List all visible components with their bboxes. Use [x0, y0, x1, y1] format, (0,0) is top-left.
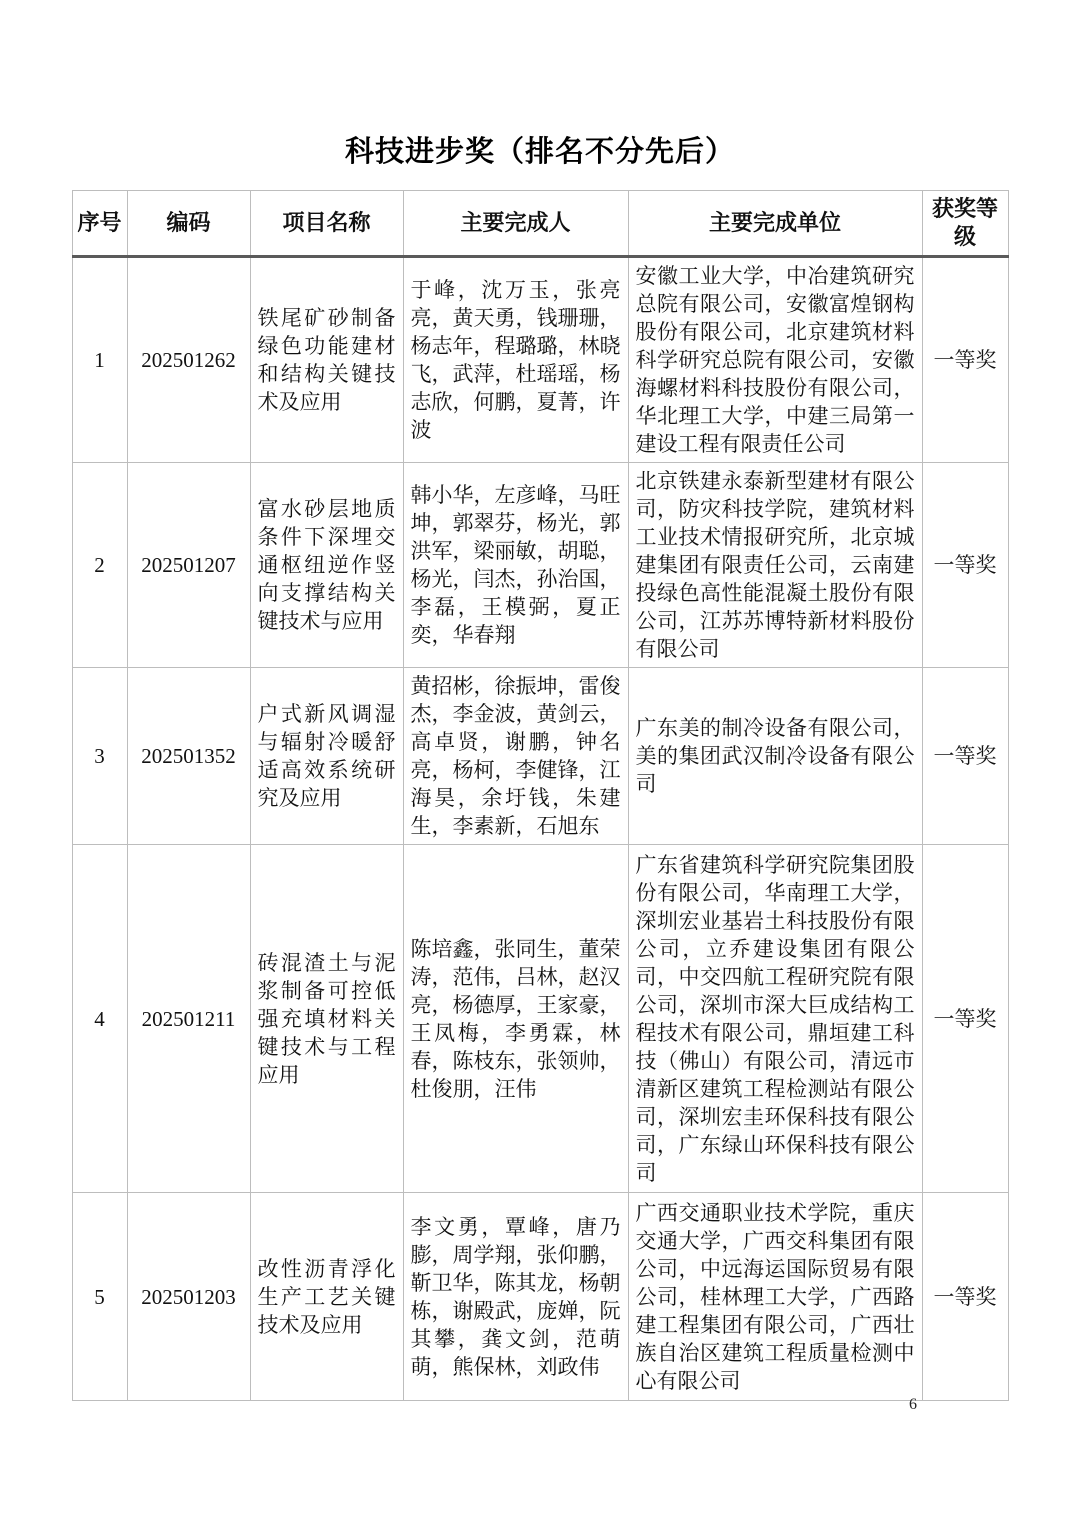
cell-code: 202501211 — [127, 845, 250, 1193]
cell-units: 广西交通职业技术学院，重庆交通大学，广西交科集团有限公司，中远海运国际贸易有限公… — [628, 1193, 922, 1401]
cell-code: 202501352 — [127, 668, 250, 845]
page-title: 科技进步奖（排名不分先后） — [0, 132, 1080, 172]
cell-units: 广东美的制冷设备有限公司，美的集团武汉制冷设备有限公司 — [628, 668, 922, 845]
table-row: 3 202501352 户式新风调湿与辐射冷暖舒适高效系统研究及应用 黄招彬，徐… — [72, 668, 1008, 845]
cell-project-name: 富水砂层地质条件下深埋交通枢纽逆作竖向支撑结构关键技术与应用 — [250, 463, 403, 668]
cell-units: 安徽工业大学，中冶建筑研究总院有限公司，安徽富煌钢构股份有限公司，北京建筑材料科… — [628, 257, 922, 463]
col-header-code: 编码 — [127, 191, 250, 257]
cell-units: 广东省建筑科学研究院集团股份有限公司，华南理工大学，深圳宏业基岩土科技股份有限公… — [628, 845, 922, 1193]
cell-index: 1 — [72, 257, 127, 463]
cell-project-name: 铁尾矿砂制备绿色功能建材和结构关键技术及应用 — [250, 257, 403, 463]
cell-index: 2 — [72, 463, 127, 668]
cell-code: 202501207 — [127, 463, 250, 668]
col-header-units: 主要完成单位 — [628, 191, 922, 257]
col-header-contributors: 主要完成人 — [403, 191, 628, 257]
table-row: 5 202501203 改性沥青浮化生产工艺关键技术及应用 李文勇，覃峰，唐乃膨… — [72, 1193, 1008, 1401]
cell-code: 202501203 — [127, 1193, 250, 1401]
document-page: 科技进步奖（排名不分先后） 序号 编码 项目名称 主要完成人 主要完成单位 获奖… — [0, 0, 1080, 1528]
cell-contributors: 黄招彬，徐振坤，雷俊杰，李金波，黄剑云，高卓贤，谢鹏，钟名亮，杨柯，李健锋，江海… — [403, 668, 628, 845]
cell-index: 5 — [72, 1193, 127, 1401]
cell-code: 202501262 — [127, 257, 250, 463]
cell-contributors: 陈培鑫，张同生，董荣涛，范伟，吕林，赵汉亮，杨德厚，王家豪，王凤梅，李勇霖，林春… — [403, 845, 628, 1193]
cell-contributors: 于峰，沈万玉，张亮亮，黄天勇，钱珊珊，杨志年，程璐璐，林晓飞，武萍，杜瑶瑶，杨志… — [403, 257, 628, 463]
col-header-index: 序号 — [72, 191, 127, 257]
table-row: 4 202501211 砖混渣土与泥浆制备可控低强充填材料关键技术与工程应用 陈… — [72, 845, 1008, 1193]
cell-index: 3 — [72, 668, 127, 845]
col-header-project-name: 项目名称 — [250, 191, 403, 257]
col-header-award-level: 获奖等级 — [922, 191, 1008, 257]
cell-award-level: 一等奖 — [922, 845, 1008, 1193]
cell-units: 北京铁建永泰新型建材有限公司，防灾科技学院，建筑材料工业技术情报研究所，北京城建… — [628, 463, 922, 668]
page-number: 6 — [903, 1396, 923, 1414]
cell-project-name: 砖混渣土与泥浆制备可控低强充填材料关键技术与工程应用 — [250, 845, 403, 1193]
table-row: 2 202501207 富水砂层地质条件下深埋交通枢纽逆作竖向支撑结构关键技术与… — [72, 463, 1008, 668]
table-row: 1 202501262 铁尾矿砂制备绿色功能建材和结构关键技术及应用 于峰，沈万… — [72, 257, 1008, 463]
awards-table: 序号 编码 项目名称 主要完成人 主要完成单位 获奖等级 1 202501262… — [72, 190, 1009, 1401]
cell-award-level: 一等奖 — [922, 257, 1008, 463]
cell-award-level: 一等奖 — [922, 1193, 1008, 1401]
cell-project-name: 改性沥青浮化生产工艺关键技术及应用 — [250, 1193, 403, 1401]
cell-project-name: 户式新风调湿与辐射冷暖舒适高效系统研究及应用 — [250, 668, 403, 845]
cell-index: 4 — [72, 845, 127, 1193]
cell-contributors: 李文勇，覃峰，唐乃膨，周学翔，张仰鹏，靳卫华，陈其龙，杨朝栋，谢殿武，庞婵，阮其… — [403, 1193, 628, 1401]
cell-award-level: 一等奖 — [922, 668, 1008, 845]
cell-contributors: 韩小华，左彦峰，马旺坤，郭翠芬，杨光，郭洪军，梁丽敏，胡聪，杨光，闫杰，孙治国，… — [403, 463, 628, 668]
table-header-row: 序号 编码 项目名称 主要完成人 主要完成单位 获奖等级 — [72, 191, 1008, 257]
cell-award-level: 一等奖 — [922, 463, 1008, 668]
